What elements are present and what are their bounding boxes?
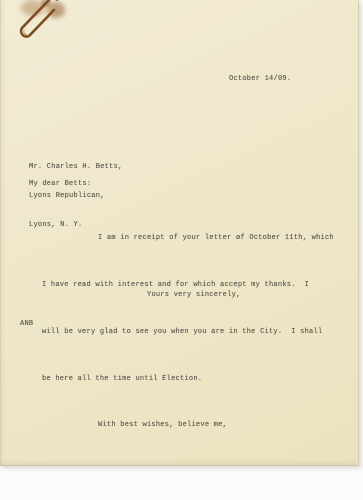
body-line: will be very glad to see you when you ar… [42, 325, 327, 341]
typist-initials: ANB [20, 320, 33, 328]
body-line: be here all the time until Election. [42, 372, 327, 388]
body-line: I am in receipt of your letter øf Octobe… [98, 231, 327, 247]
letter-paper: October 14/09. Mr. Charles H. Betts, Lyo… [0, 0, 359, 466]
letter-scan: October 14/09. Mr. Charles H. Betts, Lyo… [0, 0, 363, 500]
closing-line: Yours very sincerely, [147, 291, 240, 299]
paperclip-wire-highlight [24, 30, 29, 35]
salutation: My dear Betts: [29, 180, 91, 188]
rusty-paperclip [2, 0, 80, 61]
letter-body: I am in receipt of your letter øf Octobe… [42, 200, 327, 465]
letter-date: October 14/09. [229, 75, 291, 83]
paperclip-icon [2, 0, 80, 61]
recipient-name: Mr. Charles H. Betts, [29, 163, 122, 173]
body-line: With best wishes, believe me, [98, 418, 327, 434]
